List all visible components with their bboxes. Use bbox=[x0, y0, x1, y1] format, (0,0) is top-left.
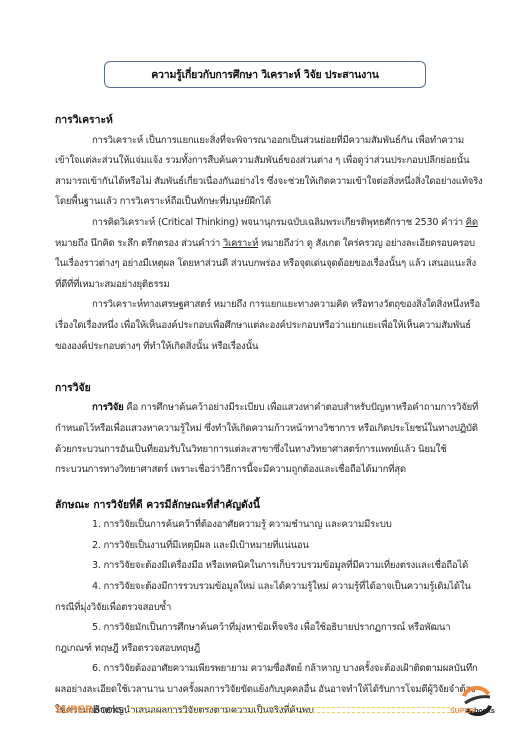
list-item: 5. การวิจัยมักเป็นการศึกษาค้นคว้าที่มุ่ง… bbox=[55, 618, 487, 639]
paragraph-line: โดยพื้นฐานแล้ว การวิเคราะห์ถือเป็นทักษะท… bbox=[55, 192, 487, 213]
paragraph-line: การคิดวิเคราะห์ (Critical Thinking) พจนา… bbox=[55, 213, 487, 234]
paragraph-line: กำหนดไว้หรือเพื่อแสวงหาความรู้ใหม่ ซึ่งท… bbox=[55, 419, 487, 440]
paragraph-line: การวิจัย คือ การศึกษาค้นคว้าอย่างมีระเบี… bbox=[55, 398, 487, 419]
paragraph-line: เรื่องใดเรื่องหนึ่ง เพื่อให้เห็นองค์ประก… bbox=[55, 316, 487, 337]
text-run: คือ การศึกษาค้นคว้าอย่างมีระเบียบ เพื่อแ… bbox=[123, 402, 478, 413]
paragraph-line: กระบวนการทางวิทยาศาสตร์ เพราะเชื่อว่าวิธ… bbox=[55, 460, 487, 481]
spacer bbox=[55, 357, 487, 378]
document-title: ความรู้เกี่ยวกับการศึกษา วิเคราะห์ วิจัย… bbox=[151, 66, 379, 83]
text-run: หมายถึงว่า ดู สังเกต ใคร่ครวญ อย่างละเอี… bbox=[258, 238, 475, 249]
paragraph-line: สามารถเข้ากันได้หรือไม่ สัมพันธ์เกี่ยวเน… bbox=[55, 172, 487, 193]
underlined-term-analyze: วิเคราะห์ bbox=[223, 238, 258, 249]
paragraph-line: ที่ดีที่ที่เหมาะสมอย่างยุติธรรม bbox=[55, 275, 487, 296]
underlined-term-think: คิด bbox=[466, 217, 478, 228]
paragraph-line: การวิเคราะห์ เป็นการแยกแยะสิ่งที่จะพิจาร… bbox=[55, 131, 487, 152]
document-page: ความรู้เกี่ยวกับการศึกษา วิเคราะห์ วิจัย… bbox=[0, 0, 526, 756]
section-heading-research: การวิจัย bbox=[55, 378, 487, 399]
list-item: 3. การวิจัยจะต้องมีเครื่องมือ หรือเทคนิค… bbox=[55, 556, 487, 577]
spacer bbox=[55, 481, 487, 495]
section-heading-good-research: ลักษณะ การวิจัยที่ดี ควรมีลักษณะที่สำคัญ… bbox=[55, 495, 487, 516]
paragraph-line: ขององค์ประกอบต่างๆ ที่ทำให้เกิดสิ่งนั้น … bbox=[55, 337, 487, 358]
brand-super-text: SUPER bbox=[55, 704, 93, 716]
list-item: 2. การวิจัยเป็นงานที่มีเหตุมีผล และมีเป้… bbox=[55, 536, 487, 557]
brand-super-text: SUPER bbox=[450, 708, 474, 715]
paragraph-line: ด้วยกระบวนการอันเป็นที่ยอมรับในวิทยาการแ… bbox=[55, 440, 487, 461]
list-item-continuation: กรณีที่มุ่งวิจัยเพื่อตรวจสอบซ้ำ bbox=[55, 598, 487, 619]
paragraph-line: หมายถึง นึกคิด ระลึก ตรึกตรอง ส่วนคำว่า … bbox=[55, 234, 487, 255]
text-run: หมายถึง นึกคิด ระลึก ตรึกตรอง ส่วนคำว่า bbox=[55, 238, 223, 249]
brand-books-text: books bbox=[474, 708, 495, 715]
list-item-continuation: ผลอย่างละเอียดใช้เวลานาน บางครั้งผลการวิ… bbox=[55, 680, 487, 701]
footer-brand-right: SUPERbooks bbox=[450, 708, 495, 715]
paragraph-line: การวิเคราะห์ทางเศรษฐศาสตร์ หมายถึง การแย… bbox=[55, 295, 487, 316]
brand-books-text: Books bbox=[93, 704, 124, 716]
bold-term-research: การวิจัย bbox=[92, 402, 123, 413]
footer-brand: SUPERBooks bbox=[55, 704, 123, 716]
list-item-continuation: กฎเกณฑ์ ทฤษฎี หรือตรวจสอบทฤษฎี bbox=[55, 639, 487, 660]
section-heading-analysis: การวิเคราะห์ bbox=[55, 110, 487, 131]
list-item: 4. การวิจัยจะต้องมีการรวบรวมข้อมูลใหม่ แ… bbox=[55, 577, 487, 598]
list-item: 1. การวิจัยเป็นการค้นคว้าที่ต้องอาศัยควา… bbox=[55, 515, 487, 536]
page-footer: SUPERBooks bbox=[55, 703, 455, 717]
document-body: การวิเคราะห์ การวิเคราะห์ เป็นการแยกแยะส… bbox=[55, 110, 487, 721]
paragraph-line: เข้าใจแต่ละส่วนให้แจ่มแจ้ง รวมทั้งการสืบ… bbox=[55, 151, 487, 172]
list-item: 6. การวิจัยต้องอาศัยความเพียรพยายาม ความ… bbox=[55, 659, 487, 680]
title-box: ความรู้เกี่ยวกับการศึกษา วิเคราะห์ วิจัย… bbox=[104, 61, 426, 88]
text-run: การคิดวิเคราะห์ (Critical Thinking) พจนา… bbox=[92, 217, 466, 228]
footer-dashed-rule bbox=[127, 707, 455, 713]
paragraph-line: ในเรื่องราวต่างๆ อย่างมีเหตุผล โดยหาส่วน… bbox=[55, 254, 487, 275]
